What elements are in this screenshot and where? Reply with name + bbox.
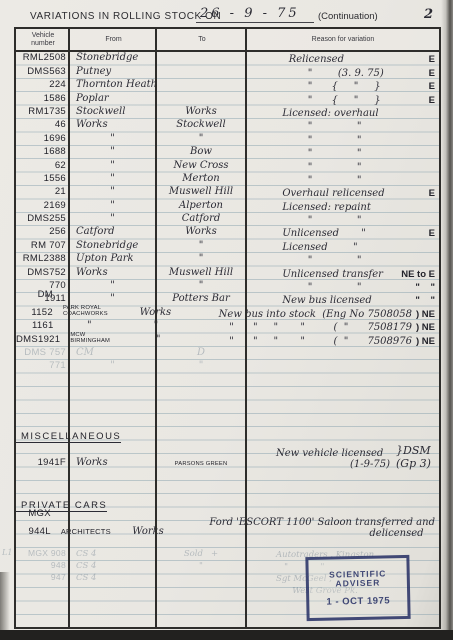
reason-text: Licensed: overhaul: [276, 108, 379, 119]
blank-rows: [16, 470, 439, 499]
scan-edge-right: [441, 0, 453, 640]
scan-edge-bottom: [0, 630, 453, 640]
reason-text: " ": [276, 148, 362, 159]
from-location: ": [110, 360, 115, 371]
margin-mark: L1: [2, 548, 12, 557]
to-location: Works: [132, 526, 164, 537]
to-location: ": [199, 360, 204, 371]
rolling-stock-table: Vehicle number From To Reason for variat…: [14, 27, 441, 629]
reason-text: Overhaul relicensed: [276, 188, 385, 199]
blank-rows: [16, 373, 439, 429]
annotation: " ": [411, 282, 435, 293]
private-cars-heading: PRIVATE CARS: [16, 499, 439, 512]
reason-text: New bus into stock (Eng No 7508058: [219, 309, 412, 320]
reason-text: " ": [276, 215, 362, 226]
column-divider: [155, 29, 157, 627]
received-stamp: SCIENTIFIC ADVISER 1 - OCT 1975: [305, 555, 410, 621]
header-reason: Reason for variation: [247, 29, 439, 50]
reason-date: (1-9-75): [276, 459, 390, 470]
vehicle-number: 1941F: [38, 457, 66, 468]
table-row: 771"": [16, 360, 439, 373]
reason-text: " ": [276, 255, 362, 266]
annotation: ) NE: [412, 336, 435, 347]
reason-text: " " " " ( " 7508976: [220, 336, 412, 347]
annotation: E: [425, 95, 435, 106]
reason-text: " { " }: [276, 95, 381, 106]
scanned-document-page: VARIATIONS IN ROLLING STOCK ON 26 - 9 - …: [0, 0, 453, 640]
reason-text: Licensed: repaint: [276, 202, 371, 213]
reason-text: Ford 'ESCORT 1100' Saloon transferred an…: [209, 517, 435, 528]
reason-text: Relicensed: [276, 54, 344, 65]
reason-text: New vehicle licensed: [276, 448, 383, 459]
reason-text: Unlicensed ": [276, 228, 366, 239]
reason-text: " ": [276, 162, 362, 173]
miscellaneous-row: 1941FWorksPARSONS GREENNew vehicle licen…: [16, 443, 439, 470]
page-number: 2: [424, 7, 433, 22]
reason-text: New bus licensed: [276, 295, 372, 306]
reason-text: " ": [276, 121, 362, 132]
reason-line2: delicensed: [209, 528, 423, 539]
private-cars-row: MGX 944LARCHITECTSWorksFord 'ESCORT 1100…: [16, 512, 439, 539]
annotation: E: [425, 54, 435, 65]
table-body: RML2508Stonebridge RelicensedEDMS563Putn…: [16, 52, 439, 627]
vehicle-number: DM 1152: [31, 289, 53, 318]
annotation: E: [425, 68, 435, 79]
reason-text: Licensed ": [276, 242, 358, 253]
from-location: CS 4: [76, 573, 96, 583]
table-row: 1941FWorksPARSONS GREENNew vehicle licen…: [16, 443, 439, 470]
document-title-bar: VARIATIONS IN ROLLING STOCK ON 26 - 9 - …: [0, 6, 453, 26]
reason-text: " ": [276, 175, 362, 186]
table-row: MGX 944LARCHITECTSWorksFord 'ESCORT 1100…: [16, 512, 439, 539]
annotation: E: [425, 188, 435, 199]
annotation: E: [425, 81, 435, 92]
document-date-handwritten: 26 - 9 - 75: [196, 6, 314, 23]
header-to: To: [157, 29, 247, 50]
stamp-line2: ADVISER: [335, 579, 380, 589]
from-location: Works: [76, 457, 108, 468]
scan-edge-bottom-left: [0, 572, 10, 632]
vehicle-number: 947: [51, 572, 66, 582]
reason-text: Unlicensed transfer: [276, 269, 383, 280]
reason-text: " ": [276, 135, 362, 146]
stamp-date: 1 - OCT 1975: [326, 595, 390, 607]
continuation-label: (Continuation): [318, 11, 378, 22]
to-location: PARSONS GREEN: [175, 461, 228, 467]
dsm-annotation: }DSM (Gp 3): [396, 444, 439, 470]
reason-text: " " " " ( " 7508179: [220, 322, 412, 333]
miscellaneous-heading: MISCELLANEOUS: [16, 429, 439, 442]
column-divider: [245, 29, 247, 627]
column-divider: [68, 29, 70, 627]
main-rows: RML2508Stonebridge RelicensedEDMS563Putn…: [16, 52, 439, 347]
to-location: ": [199, 561, 203, 571]
annotation: E: [425, 228, 435, 239]
annotation: " ": [411, 295, 435, 306]
annotation: ) NE: [412, 309, 435, 320]
bleedthrough-rows: DMS 757CMD771"": [16, 347, 439, 374]
vehicle-number: 771: [49, 360, 66, 371]
vehicle-number: MGX 944L: [28, 508, 51, 537]
reason-text: " { " }: [276, 81, 381, 92]
reason-text: " (3. 9. 75): [276, 68, 384, 79]
annotation: NE to E: [397, 269, 435, 280]
document-title: VARIATIONS IN ROLLING STOCK ON: [30, 11, 221, 22]
reason-text: " ": [276, 282, 362, 293]
annotation: ) NE: [412, 322, 435, 333]
